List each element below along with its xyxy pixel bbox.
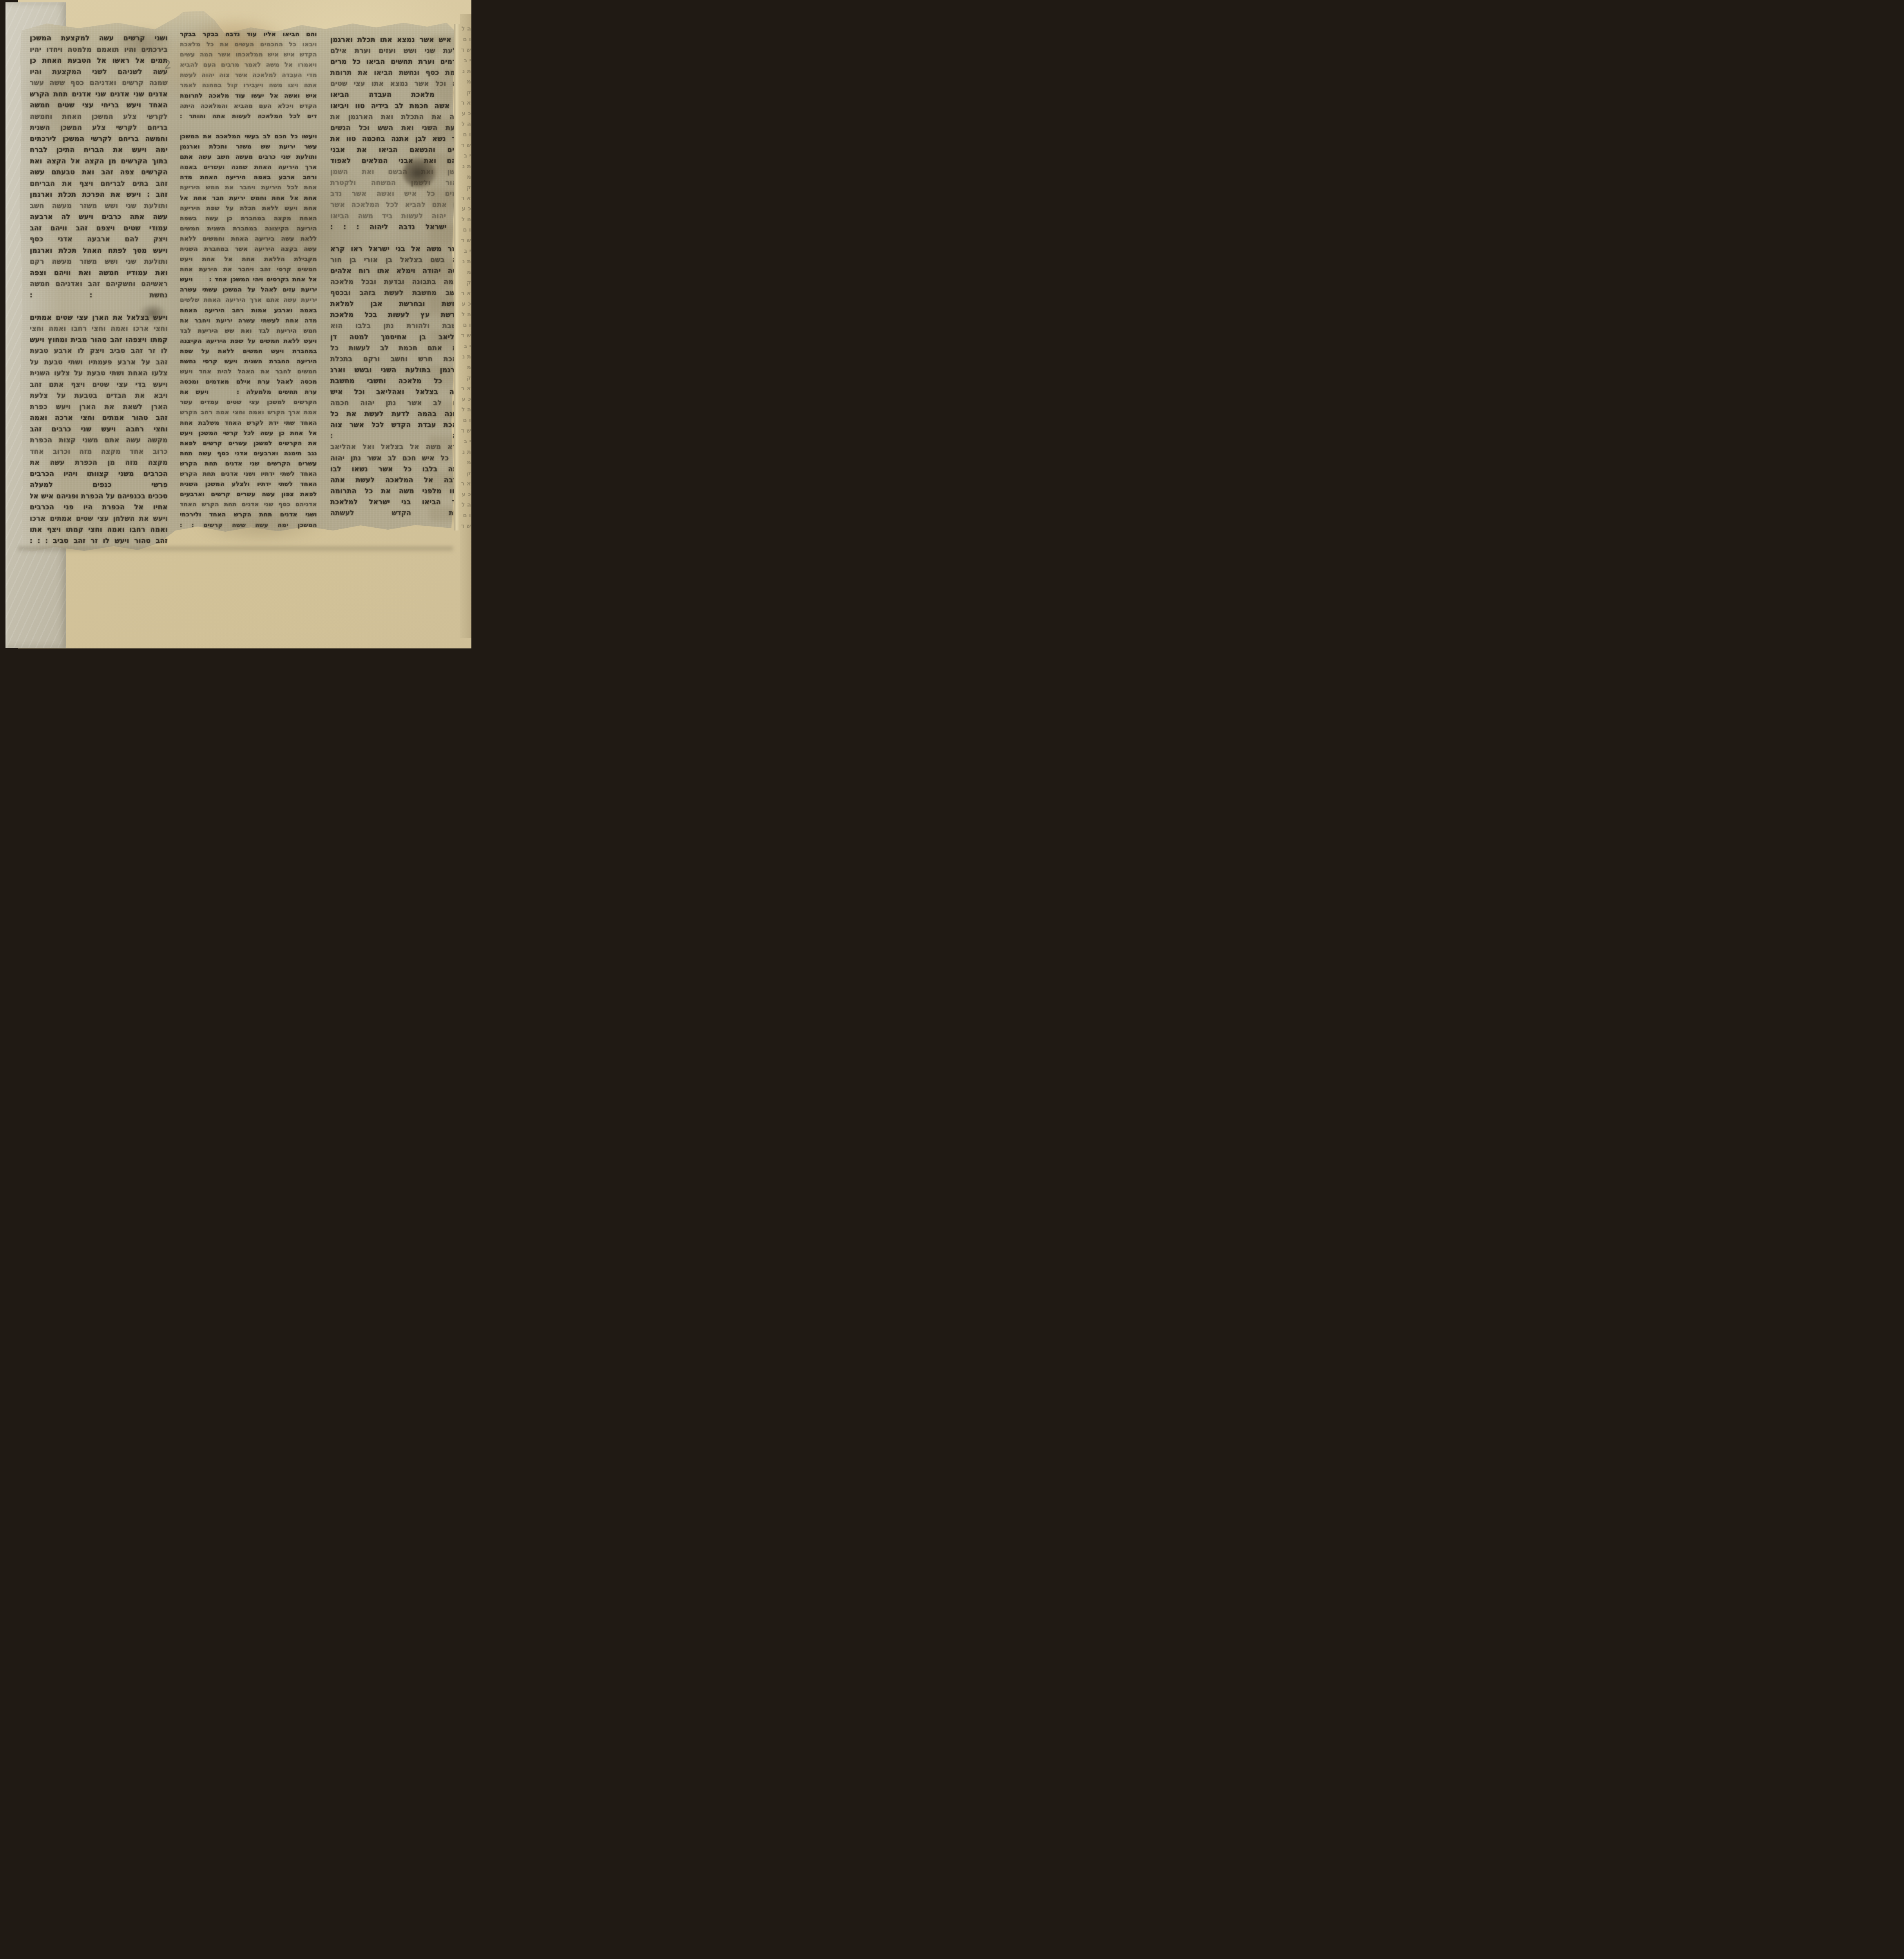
text-line: ובחרשת עץ לעשות בכל מלאכת: [330, 310, 467, 320]
text-line: ותולעת שני כרבים מעשה חשב עשה אתם: [180, 152, 317, 162]
text-line: המשכן ימה עשה ששה קרשים ׃ ׃: [180, 520, 317, 530]
text-line: ויעש את השלחן עצי שטים אמתים ארכו: [30, 513, 168, 525]
text-line: עשה אתה כרבים ויעש לה ארבעה: [30, 212, 168, 223]
text-line: מדה אחת לעשתי עשרה יריעת ויחבר את: [180, 315, 317, 326]
text-line: האחד שתי ידת לקרש האחד משלבת אחת: [180, 418, 317, 428]
text-line: האחד לשתי ידתיו ושני אדנים תחת הקרש: [180, 469, 317, 479]
text-line: מקשה עשה אתם משני קצות הכפרת: [30, 435, 168, 446]
text-line: צלעו האחת ושתי טבעת על צלעו השנית: [30, 368, 168, 379]
text-line: עשה בקצה היריעה אשר במחברת השנית: [180, 244, 317, 254]
text-line: הקדש איש איש ממלאכתו אשר המה עשים: [180, 49, 317, 60]
text-line: אחת אל אחת וחמש יריעת חבר אחת אל: [180, 193, 317, 203]
text-line: [330, 233, 467, 244]
text-line: בירכתים והיו תואמם מלמטה ויחדו יהיו: [30, 44, 168, 56]
text-line: האחד לשתי ידתיו ולצלע המשכן השנית: [180, 479, 317, 489]
text-line: וחצי רחבה ויעש שני כרבים זהב: [30, 424, 168, 435]
text-line: פרשי כנפים למעלה: [30, 480, 168, 491]
text-line: ורחב ארבע באמה היריעה האחת מדה: [180, 172, 317, 182]
text-line: ובארגמן בתולעת השני ובשש וארג: [330, 365, 467, 376]
text-line: מלאכת חרש וחשב ורקם בתכלת: [330, 354, 467, 365]
text-line: ויצק להם ארבעה אדני כסף: [30, 234, 168, 245]
text-line: ויעש בצלאל את הארן עצי שטים אמתים: [30, 312, 168, 324]
text-line: נגב תימנה וארבעים אדני כסף עשה תחת: [180, 448, 317, 458]
text-line: מכסה לאהל ערת אילם מאדמים ומכסה: [180, 377, 317, 387]
text-line: ושני קרשים עשה למקצעת המשכן: [30, 33, 168, 44]
text-line: זהב ׃ ויעש את הפרכת תכלת וארגמן: [30, 189, 168, 201]
text-line: אתה ויצו משה ויעבירו קול במחנה לאמר: [180, 80, 317, 90]
text-line: תמים אל ראשו אל הטבעת האחת כן: [30, 55, 168, 67]
text-column-left: ושני קרשים עשה למקצעת המשכןבירכתים והיו …: [30, 33, 168, 554]
text-line: ואמה רחבו ואמה וחצי קמתו ויצף אתו: [30, 524, 168, 536]
text-line: מטוה את התכלת ואת הארגמן את: [330, 112, 467, 123]
text-line: למטה יהודה וימלא אתו רוח אלהים: [330, 266, 467, 277]
text-line: במחברת ויעש חמשים ללאת על שפת: [180, 346, 317, 356]
text-line: צוה יהוה לעשות ביד משה הביאו: [330, 211, 467, 222]
text-line: העזים והנשאם הביאו את אבני: [330, 145, 467, 156]
text-line: עשרים הקרשים שני אדנים תחת הקרש: [180, 458, 317, 469]
text-line: הקרשים למשכן עצי שטים עמדים עשר: [180, 397, 317, 407]
text-line: יריעת עזים לאהל על המשכן עשתי עשרה: [180, 284, 317, 295]
text-line: וחצי ארכו ואמה וחצי רחבו ואמה וחצי: [30, 323, 168, 335]
text-line: לפאת צפון עשה עשרים קרשים וארבעים: [180, 489, 317, 499]
text-line: עשה לשניהם לשני המקצעת והיו: [30, 67, 168, 78]
text-line: אחת לכל היריעת ויחבר את חמש היריעת: [180, 182, 317, 192]
text-line: מדי העבדה למלאכה אשר צוה יהוה לעשת: [180, 70, 317, 80]
text-line: חמש היריעת לבד ואת שש היריעת לבד: [180, 326, 317, 336]
text-line: ותבונה בהמה לדעת לעשת את כל: [330, 409, 467, 420]
text-line: בני ישראל נדבה ליהוה ׃ ׃ ׃: [330, 222, 467, 233]
text-line: יהוה וכל אשר נמצא אתו עצי שטים: [330, 78, 467, 89]
text-line: האחד ויעש בריחי עצי שטים חמשה: [30, 100, 168, 111]
text-line: נחשת ׃ ׃: [30, 290, 168, 301]
text-line: זהב טהור ויעש לו זר זהב סביב ׃ ׃ ׃: [30, 536, 168, 547]
text-line: הארן לשאת את הארן ויעש כפרת: [30, 402, 168, 413]
text-line: ואת עמודיו חמשה ואת וויהם וצפה: [30, 268, 168, 279]
text-line: [30, 301, 168, 312]
text-line: ויקרא משה אל בצלאל ואל אהליאב: [330, 442, 467, 453]
text-line: מקצה מזה מן הכפרת עשה את: [30, 457, 168, 469]
pencil-folio-number: 2: [163, 58, 172, 72]
text-line: אשר הביאו בני ישראל למלאכת: [330, 497, 467, 508]
text-line: בחכמה בתבונה ובדעת ובכל מלאכה: [330, 277, 467, 288]
text-line: עבדת הקדש לעשתה: [330, 508, 467, 519]
text-line: לקרשי צלע המשכן האחת וחמשה: [30, 111, 168, 123]
text-line: ותולעת שני ושש משזר מעשה רקם: [30, 256, 168, 268]
text-line: עשי כל מלאכה וחשבי מחשבת: [330, 376, 467, 387]
text-line: ואל כל איש חכם לב אשר נתן יהוה: [330, 453, 467, 464]
text-line: אחת ויעש ללאת תכלת על שפת היריעה: [180, 203, 317, 213]
text-line: הסמים כל איש ואשה אשר נדב: [330, 188, 467, 199]
text-line: מלאכת עבדת הקדש לכל אשר צוה: [330, 420, 467, 431]
text-line: [180, 121, 317, 131]
text-line: ימה ויעש את הבריח התיכן לברח: [30, 145, 168, 156]
text-line: ותולעת שני ושש ועזים וערת אילם: [330, 45, 467, 56]
text-line: ובנחשת ובחרשת אבן למלאת: [330, 299, 467, 310]
text-line: עשר יריעת שש משזר ותכלת וארגמן: [180, 141, 317, 152]
text-line: חמשים קרסי זהב ויחבר את הירעת אחת: [180, 264, 317, 274]
text-line: ויאמרו אל משה לאמר מרבים העם להביא: [180, 60, 317, 70]
text-line: אחיו אל הכפרת היו פני הכרבים: [30, 502, 168, 513]
text-line: הכרבים משני קצוותו ויהיו הכרבים: [30, 469, 168, 480]
text-line: עמודי שטים ויצפם זהב וויהם זהב: [30, 223, 168, 234]
text-line: והם הביאו אליו עוד נדבה בבקר בבקר: [180, 29, 317, 39]
text-line: אדניהם כסף שני אדנים תחת הקרש האחד: [180, 499, 317, 509]
text-line: ואהליאב בן אחיסמך למטה דן: [330, 332, 467, 343]
text-line: לבם אתם להביא לכל המלאכה אשר: [330, 199, 467, 210]
text-line: זהב טהור אמתים וחצי ארכה ואמה: [30, 413, 168, 424]
text-line: ויעש ללאת חמשים על שפת היריעה הקיצנה: [180, 336, 317, 346]
text-line: השהם ואת אבני המלאים לאפוד: [330, 156, 467, 167]
text-line: היריעה הקיצונה במחברת השנית חמשים: [180, 223, 317, 234]
text-line: הקרשים צפה זהב ואת טבעתם עשה: [30, 167, 168, 178]
text-line: זהב על ארבע פעמתיו ושתי טבעת על: [30, 357, 168, 368]
text-line: ויבאו כל החכמים העשים את כל מלאכת: [180, 39, 317, 49]
text-line: יהוה ׃: [330, 431, 467, 442]
text-line: איש ואשה אל יעשו עוד מלאכה לתרומת: [180, 91, 317, 101]
text-line: מקבילת הללאת אחת אל אחת ויעש: [180, 254, 317, 264]
text-line: מאדמים וערת תחשים הביאו כל מרים: [330, 56, 467, 67]
text-line: חמשים לחבר את האהל להית אחד ויעש: [180, 366, 317, 377]
text-line: מחשבת ולהורת נתן בלבו הוא: [330, 320, 467, 331]
text-line: ויקחו מלפני משה את כל התרומה: [330, 486, 467, 497]
text-line: תולעת השני ואת השש וכל הנשים: [330, 123, 467, 134]
text-line: ערת תחשים מלמעלה ׃ ויעש את: [180, 387, 317, 397]
text-line: הקדש ויכלא העם מהביא והמלאכה היתה: [180, 101, 317, 111]
text-line: את הקרשים למשכן עשרים קרשים לפאת: [180, 438, 317, 448]
text-line: וכל אשה חכמת לב בידיה טוו ויביאו: [330, 101, 467, 112]
text-line: למאור ולשמן המשחה ולקטרת: [330, 177, 467, 188]
text-line: בריחם לקרשי צלע המשכן השנית: [30, 122, 168, 134]
text-line: אל אחת כן עשה לכל קרשי המשכן ויעש: [180, 428, 317, 438]
text-line: קמתו ויצפהו זהב טהור מבית ומחוץ ויעש: [30, 335, 168, 346]
text-line: ועשה בצלאל ואהליאב וכל איש: [330, 387, 467, 398]
text-line: ויבא את הבדים בטבעת על צלעת: [30, 390, 168, 402]
text-line: ויאמר משה אל בני ישראל ראו קרא: [330, 244, 467, 255]
manuscript-photo: וכל איש אשר נמצא אתו תכלת וארגמןותולעת ש…: [0, 0, 476, 653]
text-line: ויעש בדי עצי שטים ויצף אתם זהב: [30, 379, 168, 391]
edge-text-bleed: ה ל ו ם ש ד י ב ת נ מ ק א ר כ ע ה ל ו ם …: [461, 24, 471, 529]
text-line: ולחשב מחשבת לעשת בזהב ובכסף: [330, 288, 467, 299]
text-line: אדנים שני אדנים שני אדנים תחת הקרש: [30, 89, 168, 100]
text-line: לקרבה אל המלאכה לעשת אתה: [330, 475, 467, 486]
text-line: אמת ארך הקרש ואמה וחצי אמה רחב הקרש: [180, 407, 317, 417]
text-line: באמה וארבע אמות רחב היריעה האחת: [180, 305, 317, 315]
text-line: ושני אדנים תחת הקרש האחד ולירכתי: [180, 509, 317, 520]
text-line: האחת מקצה במחברת כן עשה בשפת: [180, 213, 317, 223]
text-line: היריעה החברת השנית ויעש קרסי נחשת: [180, 356, 317, 366]
text-line: סככים בכנפיהם על הכפרת ופניהם איש אל: [30, 491, 168, 502]
text-line: אשר נשא לבן אתנה בחכמה טוו את: [330, 134, 467, 145]
text-line: לכל מלאכת העבדה הביאו: [330, 89, 467, 100]
text-line: ולחשן ואת הבשם ואת השמן: [330, 167, 467, 177]
text-line: ותולעת שני ושש משזר מעשה חשב: [30, 201, 168, 212]
text-line: יריעת עשה אתם ארך היריעה האחת שלשים: [180, 295, 317, 305]
text-line: חכמה בלבו כל אשר נשאו לבו: [330, 464, 467, 475]
text-line: וחמשה בריחם לקרשי המשכן לירכתים: [30, 134, 168, 145]
text-line: דים לכל המלאכה לעשות אתה והותר ׃: [180, 111, 317, 121]
parchment-fold-edge: [454, 24, 460, 530]
text-line: כרוב אחד מקצה מזה וכרוב אחד: [30, 446, 168, 458]
text-line: וכל איש אשר נמצא אתו תכלת וארגמן: [330, 34, 467, 45]
text-line: ראשיהם וחשקיהם זהב ואדניהם חמשה: [30, 279, 168, 290]
text-line: ארך היריעה האחת שמנה ועשרים באמה: [180, 162, 317, 172]
text-line: זהב בתים לבריחם ויצף את הבריחם: [30, 178, 168, 190]
text-line: אל אחת בקרסים ויהי המשכן אחד ׃ ויעש: [180, 274, 317, 284]
text-line: לו זר זהב סביב ויצק לו ארבע טבעת: [30, 346, 168, 357]
text-line: בתוך הקרשים מן הקצה אל הקצה ואת: [30, 156, 168, 167]
text-line: ללאת עשה ביריעה האחת וחמשים ללאת: [180, 234, 317, 244]
text-column-middle: והם הביאו אליו עוד נדבה בבקר בבקרויבאו כ…: [180, 29, 317, 533]
text-line: ויעשו כל חכם לב בעשי המלאכה את המשכן: [180, 131, 317, 141]
text-line: ויעש מסך לפתח האהל תכלת וארגמן: [30, 245, 168, 257]
text-line: שמנה קרשים ואדניהם כסף ששה עשר: [30, 78, 168, 89]
text-line: מלא אתם חכמת לב לעשות כל: [330, 343, 467, 354]
text-line: תרומת כסף ונחשת הביאו את תרומת: [330, 67, 467, 78]
text-line: יהוה בשם בצלאל בן אורי בן חור: [330, 255, 467, 266]
text-column-right: וכל איש אשר נמצא אתו תכלת וארגמןותולעת ש…: [330, 34, 467, 531]
text-line: חכם לב אשר נתן יהוה חכמה: [330, 398, 467, 409]
